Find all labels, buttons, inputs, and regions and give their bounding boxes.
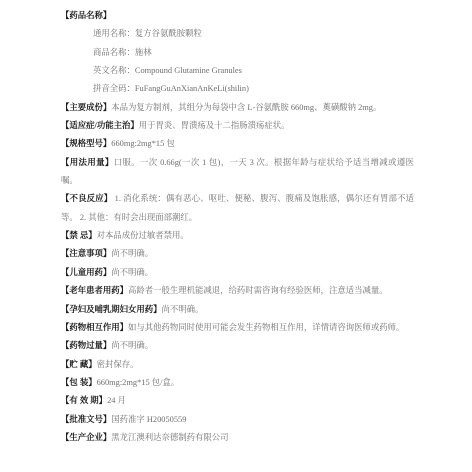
section-label: 【贮 藏】 — [61, 360, 97, 369]
leaflet-section: 【批准文号】国药准字 H20050559 — [61, 411, 414, 429]
section-label: 【用法用量】 — [61, 158, 114, 167]
section-label: 【药物相互作用】 — [61, 323, 128, 332]
section-text: 尚不明确。 — [111, 341, 153, 350]
section-label: 【适应症/功能主治】 — [61, 121, 139, 130]
leaflet-section: 【老年患者用药】高龄者一般生理机能减退，给药时需咨询有经验医师，注意适当减量。 — [61, 282, 414, 300]
leaflet-section: 【孕妇及哺乳期妇女用药】尚不明确。 — [61, 301, 414, 319]
leaflet-section: 【包 装】660mg:2mg*15 包/盒。 — [61, 374, 414, 392]
section-text: 黑龙江澳利达奈德制药有限公司 — [111, 433, 228, 442]
section-text: 1. 消化系统：偶有恶心、呕吐、便秘、腹泻、腹痛及饱胀感，偶尔还有胃部不适等。 … — [61, 194, 414, 221]
section-label: 【注意事项】 — [61, 249, 111, 258]
drug-name-section-label: 【药品名称】 — [61, 11, 111, 20]
section-label: 【包 装】 — [61, 378, 97, 387]
section-label: 【儿童用药】 — [61, 268, 111, 277]
section-label: 【药物过量】 — [61, 341, 111, 350]
section-label: 【主要成份】 — [61, 103, 111, 112]
section-label: 【禁 忌】 — [61, 231, 97, 240]
section-label: 【不良反应】 — [61, 194, 112, 203]
drug-leaflet-document: 【药品名称】 通用名称：复方谷氨酰胺颗粒商品名称：施林英文名称：Compound… — [61, 7, 414, 447]
section-label: 【生产企业】 — [61, 433, 111, 442]
section-text: 尚不明确。 — [111, 268, 153, 277]
section-label: 【老年患者用药】 — [61, 286, 128, 295]
section-text: 本品为复方制剂，其组分为每袋中含 L-谷氨酰胺 660mg、薁磺酸钠 2mg。 — [111, 103, 381, 112]
leaflet-section: 【禁 忌】对本品成份过敏者禁用。 — [61, 227, 414, 245]
section-text: 高龄者一般生理机能减退，给药时需咨询有经验医师，注意适当减量。 — [128, 286, 388, 295]
leaflet-section: 【规格型号】660mg:2mg*15 包 — [61, 135, 414, 153]
section-text: 用于胃炎、胃溃疡及十二指肠溃疡症状。 — [139, 121, 290, 130]
section-text: 对本品成份过敏者禁用。 — [97, 231, 189, 240]
section-text: 口服。一次 0.66g(一次 1 包)，一天 3 次。根据年龄与症状给予适当增减… — [61, 158, 414, 185]
leaflet-section: 【药物相互作用】如与其他药物同时使用可能会发生药物相互作用，详情请咨询医师或药师… — [61, 319, 414, 337]
leaflet-sections: 【主要成份】本品为复方制剂，其组分为每袋中含 L-谷氨酰胺 660mg、薁磺酸钠… — [61, 99, 414, 448]
leaflet-section: 【主要成份】本品为复方制剂，其组分为每袋中含 L-谷氨酰胺 660mg、薁磺酸钠… — [61, 99, 414, 117]
drug-name-list: 通用名称：复方谷氨酰胺颗粒商品名称：施林英文名称：Compound Glutam… — [61, 25, 414, 98]
section-text: 尚不明确。 — [162, 305, 204, 314]
leaflet-section: 【用法用量】口服。一次 0.66g(一次 1 包)，一天 3 次。根据年龄与症状… — [61, 154, 414, 191]
drug-name-item: 拼音全码：FuFangGuAnXianAnKeLi(shilin) — [61, 80, 414, 98]
section-text: 密封保存。 — [97, 360, 139, 369]
leaflet-section: 【生产企业】黑龙江澳利达奈德制药有限公司 — [61, 429, 414, 447]
section-label: 【孕妇及哺乳期妇女用药】 — [61, 305, 162, 314]
leaflet-section: 【不良反应】 1. 消化系统：偶有恶心、呕吐、便秘、腹泻、腹痛及饱胀感，偶尔还有… — [61, 190, 414, 227]
section-label: 【有 效 期】 — [61, 396, 107, 405]
leaflet-section: 【药物过量】尚不明确。 — [61, 337, 414, 355]
leaflet-section: 【适应症/功能主治】用于胃炎、胃溃疡及十二指肠溃疡症状。 — [61, 117, 414, 135]
drug-name-item: 商品名称：施林 — [61, 44, 414, 62]
leaflet-section: 【儿童用药】尚不明确。 — [61, 264, 414, 282]
section-text: 660mg:2mg*15 包 — [111, 139, 175, 148]
section-text: 660mg:2mg*15 包/盒。 — [97, 378, 180, 387]
leaflet-section: 【注意事项】尚不明确。 — [61, 245, 414, 263]
section-text: 24 月 — [107, 396, 126, 405]
leaflet-section: 【贮 藏】密封保存。 — [61, 356, 414, 374]
leaflet-section: 【有 效 期】24 月 — [61, 392, 414, 410]
section-text: 如与其他药物同时使用可能会发生药物相互作用，详情请咨询医师或药师。 — [128, 323, 404, 332]
section-label: 【规格型号】 — [61, 139, 111, 148]
section-label: 【批准文号】 — [61, 415, 111, 424]
drug-name-item: 通用名称：复方谷氨酰胺颗粒 — [61, 25, 414, 43]
section-drug-name-heading: 【药品名称】 — [61, 7, 414, 25]
section-text: 国药准字 H20050559 — [111, 415, 186, 424]
section-text: 尚不明确。 — [111, 249, 153, 258]
drug-name-item: 英文名称：Compound Glutamine Granules — [61, 62, 414, 80]
